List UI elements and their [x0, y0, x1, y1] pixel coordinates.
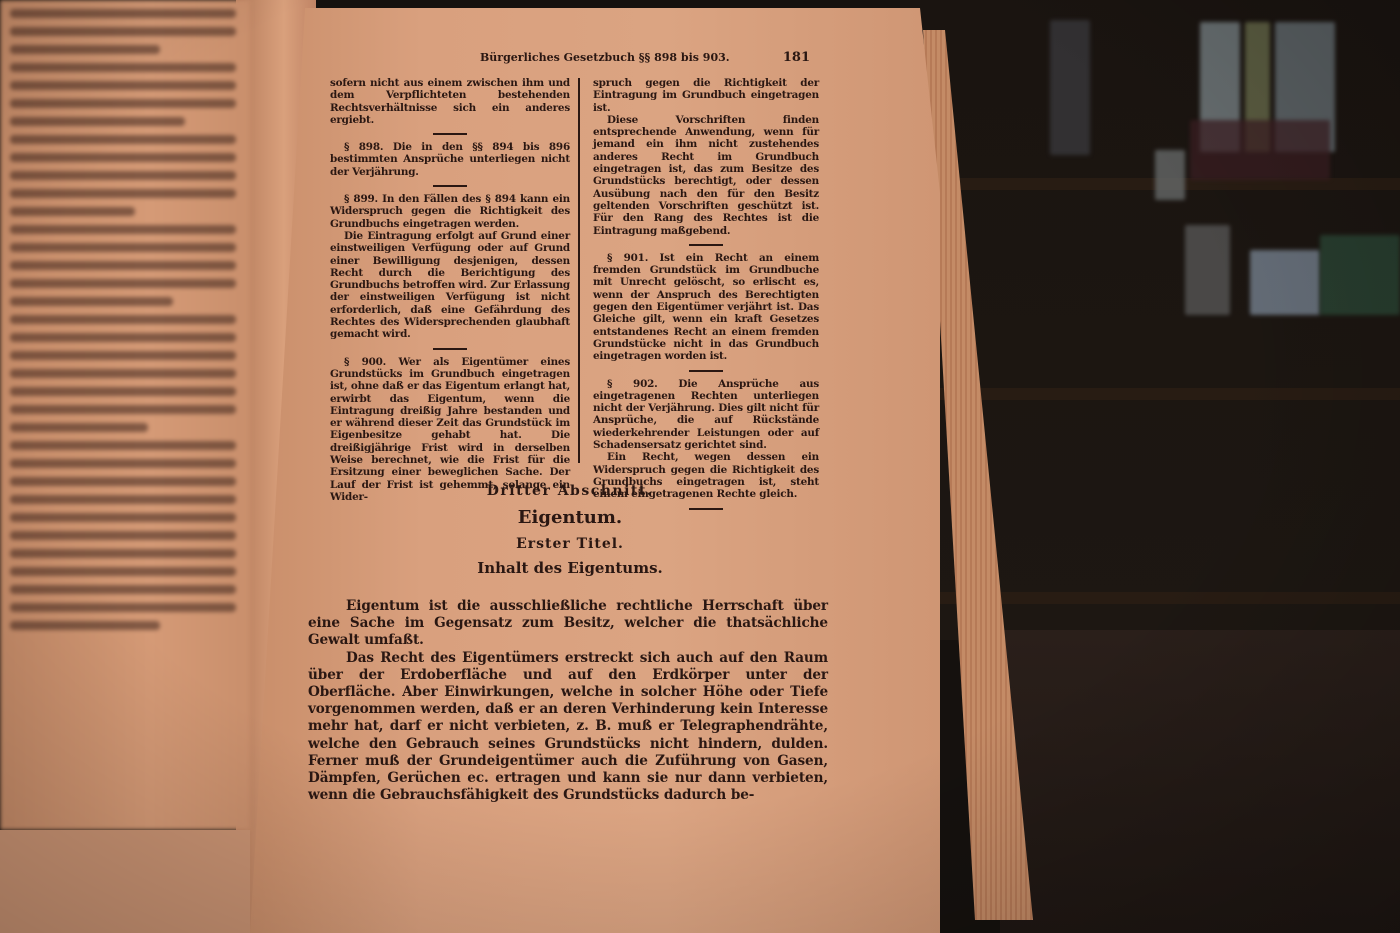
paragraph: Diese Vorschriften finden entsprechende …: [593, 114, 819, 237]
section-902: § 902. Die Ansprüche aus eingetragenen R…: [593, 378, 819, 452]
section-900: § 900. Wer als Eigentümer eines Grundstü…: [330, 356, 570, 504]
heading-subtitle: Inhalt des Eigentums.: [440, 559, 700, 577]
section-separator: [433, 133, 467, 135]
heading-titel: Erster Titel.: [440, 536, 700, 552]
section-901: § 901. Ist ein Recht an einem fremden Gr…: [593, 252, 819, 363]
left-column: sofern nicht aus einem zwischen ihm und …: [330, 77, 570, 503]
section-separator: [433, 348, 467, 350]
heading-title: Eigentum.: [440, 507, 700, 528]
page-number: 181: [783, 50, 810, 65]
page-content: Bürgerliches Gesetzbuch §§ 898 bis 903. …: [0, 0, 1400, 933]
section-separator: [689, 370, 723, 372]
paragraph: sofern nicht aus einem zwischen ihm und …: [330, 77, 570, 126]
paragraph: spruch gegen die Richtigkeit der Eintrag…: [593, 77, 819, 114]
body-paragraph: Eigentum ist die ausschließliche rechtli…: [308, 598, 828, 650]
section-899: § 899. In den Fällen des § 894 kann ein …: [330, 193, 570, 230]
section-898: § 898. Die in den §§ 894 bis 896 bestimm…: [330, 141, 570, 178]
running-head-title: Bürgerliches Gesetzbuch §§ 898 bis 903.: [480, 51, 730, 64]
chapter-headings: Dritter Abschnitt. Eigentum. Erster Tite…: [440, 483, 700, 577]
body-paragraph: Das Recht des Eigentümers erstreckt sich…: [308, 650, 828, 805]
right-column: spruch gegen die Richtigkeit der Eintrag…: [593, 77, 819, 516]
section-separator: [689, 244, 723, 246]
running-header: Bürgerliches Gesetzbuch §§ 898 bis 903. …: [480, 50, 810, 65]
heading-abschnitt: Dritter Abschnitt.: [440, 483, 700, 499]
section-separator: [433, 185, 467, 187]
column-divider: [578, 78, 580, 463]
body-text: Eigentum ist die ausschließliche rechtli…: [308, 598, 828, 804]
paragraph: Die Eintragung erfolgt auf Grund einer e…: [330, 230, 570, 341]
